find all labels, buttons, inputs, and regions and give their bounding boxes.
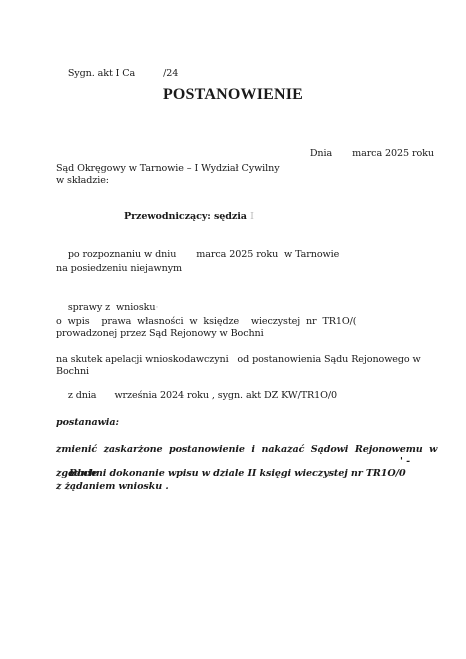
appeal-line-2: Bochni	[56, 366, 89, 378]
document-title: POSTANOWIENIE	[0, 86, 466, 104]
ruling-line-4: z żądaniem wniosku .	[56, 481, 169, 493]
appeal-line-3: z dniawrześnia 2024 roku , sygn. akt DZ …	[56, 378, 337, 414]
appeal-line-3-prefix: z dnia	[68, 390, 97, 401]
appeal-line-1: na skutek apelacji wnioskodawczyni od po…	[56, 354, 421, 366]
court-name: Sąd Okręgowy w Tarnowie – I Wydział Cywi…	[56, 163, 280, 175]
session-line: na posiedzeniu niejawnym	[56, 263, 182, 275]
hearing-rest: marca 2025 roku w Tarnowie	[196, 249, 339, 260]
date-rest: marca 2025 roku	[352, 148, 434, 159]
presiding-label: Przewodniczący: sędzia	[124, 211, 247, 222]
date-line: Dniamarca 2025 roku	[298, 136, 434, 172]
subject-line-2: prowadzonej przez Sąd Rejonowy w Bochni	[56, 328, 264, 340]
appeal-line-3-rest: września 2024 roku , sygn. akt DZ KW/TR1…	[114, 390, 337, 401]
presiding-name-fragment: I	[250, 211, 254, 222]
ruling-line-2-tail: ' -	[400, 456, 410, 468]
ruling-line-1: zmienić zaskarżone postanowienie i nakaz…	[56, 444, 437, 456]
case-of-prefix: sprawy z wniosku	[68, 302, 156, 313]
subject-line-1: o wpis prawa własności w księdze wieczys…	[56, 316, 356, 328]
case-of-fragment: ·	[155, 302, 158, 313]
ruling-line-3: zgodnie	[56, 468, 97, 480]
hearing-prefix: po rozpoznaniu w dniu	[68, 249, 176, 260]
case-number-label: Sygn. akt I Ca	[68, 68, 135, 79]
date-prefix: Dnia	[310, 148, 332, 159]
document-page: Sygn. akt I Ca/24 POSTANOWIENIE Dniamarc…	[0, 0, 466, 659]
ruling-line-2-main: Bochni dokonanie wpisu w dziale II księg…	[69, 468, 406, 479]
ruling-label: postanawia:	[56, 417, 119, 429]
case-number-suffix: /24	[163, 68, 178, 79]
court-composition-label: w składzie:	[56, 175, 109, 187]
presiding-judge: Przewodniczący: sędzia I	[111, 199, 254, 235]
